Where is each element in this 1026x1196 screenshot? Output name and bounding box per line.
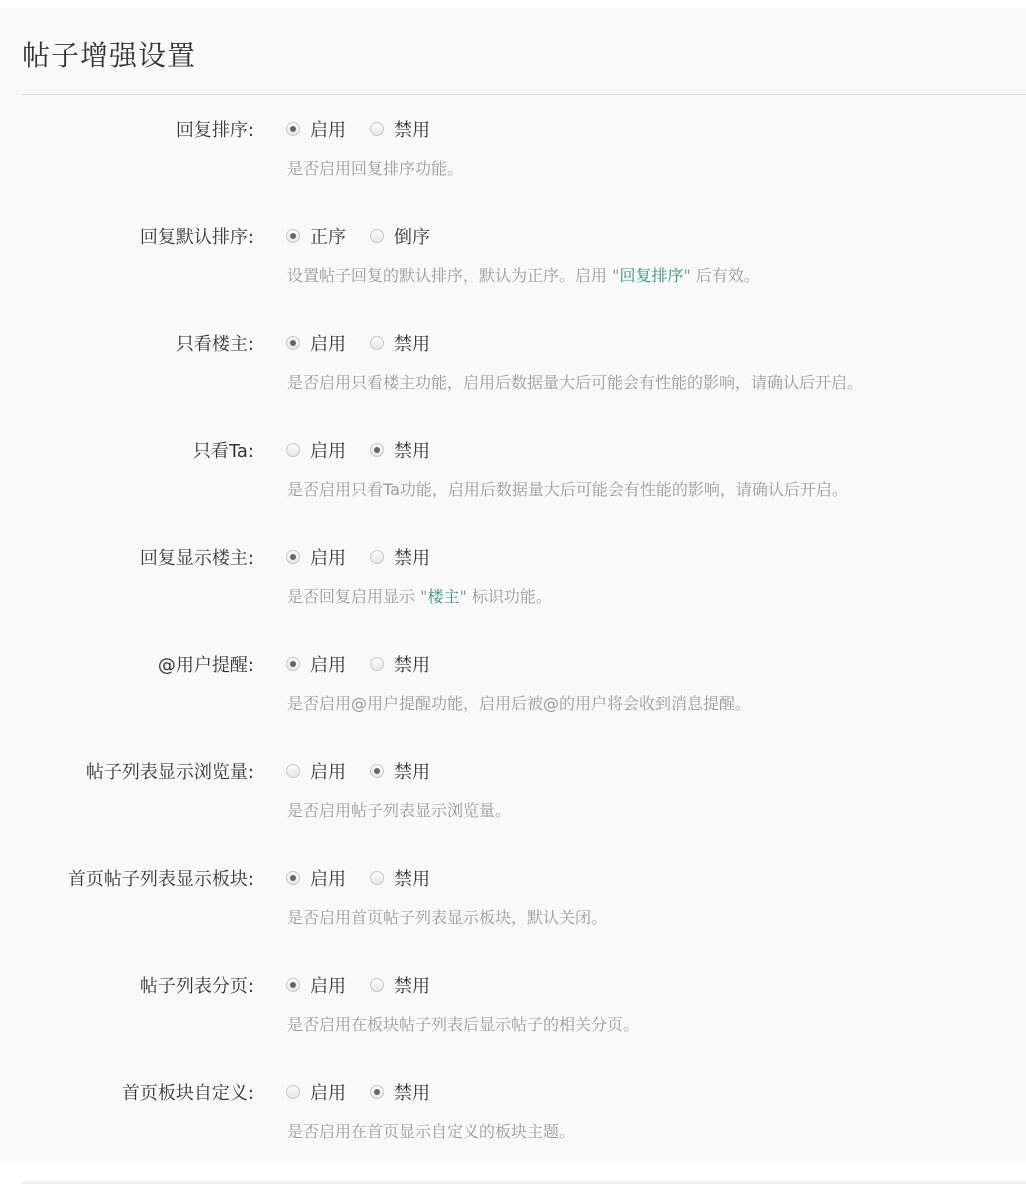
radio-checked-icon[interactable] — [286, 122, 300, 136]
radio-option-disable[interactable]: 禁用 — [370, 545, 430, 573]
setting-row-reply-default-sort: 回复默认排序: 正序 倒序 设置帖子回复的默认排序，默认为正序。启用 "回复排序… — [0, 224, 1026, 331]
radio-unchecked-icon[interactable] — [370, 550, 384, 564]
radio-option-disable[interactable]: 禁用 — [370, 866, 430, 894]
radio-unchecked-icon[interactable] — [286, 1085, 300, 1099]
radio-checked-icon[interactable] — [370, 443, 384, 457]
radio-option-disable[interactable]: 禁用 — [370, 331, 430, 359]
radio-unchecked-icon[interactable] — [370, 978, 384, 992]
radio-option-enable[interactable]: 启用 — [286, 438, 346, 466]
radio-option-enable[interactable]: 启用 — [286, 545, 346, 573]
help-text: 是否启用只看Ta功能，启用后数据量大后可能会有性能的影响，请确认后开启。 — [287, 478, 848, 502]
setting-label: @用户提醒: — [158, 652, 254, 680]
option-label: 禁用 — [394, 1080, 430, 1108]
setting-row-list-view-count: 帖子列表显示浏览量: 启用 禁用 是否启用帖子列表显示浏览量。 — [0, 759, 1026, 866]
help-text: 是否启用回复排序功能。 — [287, 157, 463, 181]
radio-checked-icon[interactable] — [286, 978, 300, 992]
option-label: 禁用 — [394, 438, 430, 466]
setting-label: 只看Ta: — [193, 438, 254, 466]
option-label: 启用 — [310, 331, 346, 359]
help-text: 是否启用在板块帖子列表后显示帖子的相关分页。 — [287, 1013, 639, 1037]
radio-unchecked-icon[interactable] — [370, 229, 384, 243]
radio-unchecked-icon[interactable] — [370, 122, 384, 136]
radio-group: 启用 禁用 — [286, 545, 454, 573]
radio-option-enable[interactable]: 启用 — [286, 331, 346, 359]
setting-label: 回复排序: — [176, 117, 254, 145]
radio-group: 启用 禁用 — [286, 652, 454, 680]
option-label: 禁用 — [394, 117, 430, 145]
radio-group: 启用 禁用 — [286, 438, 454, 466]
help-text: 是否启用在首页显示自定义的板块主题。 — [287, 1120, 575, 1144]
setting-row-reply-sort: 回复排序: 启用 禁用 是否启用回复排序功能。 — [0, 117, 1026, 224]
help-text: 是否启用首页帖子列表显示板块，默认关闭。 — [287, 906, 607, 930]
radio-option-disable[interactable]: 禁用 — [370, 1080, 430, 1108]
option-label: 倒序 — [394, 224, 430, 252]
radio-unchecked-icon[interactable] — [370, 657, 384, 671]
option-label: 禁用 — [394, 331, 430, 359]
title-divider — [22, 94, 1026, 95]
radio-option-enable[interactable]: 启用 — [286, 759, 346, 787]
option-label: 启用 — [310, 117, 346, 145]
setting-row-reply-show-op: 回复显示楼主: 启用 禁用 是否回复启用显示 "楼主" 标识功能。 — [0, 545, 1026, 652]
option-label: 正序 — [310, 224, 346, 252]
radio-checked-icon[interactable] — [370, 764, 384, 778]
setting-label: 回复显示楼主: — [140, 545, 254, 573]
setting-row-mention-notify: @用户提醒: 启用 禁用 是否启用@用户提醒功能，启用后被@的用户将会收到消息提… — [0, 652, 1026, 759]
radio-option-enable[interactable]: 启用 — [286, 1080, 346, 1108]
radio-checked-icon[interactable] — [286, 871, 300, 885]
setting-row-home-forum-custom: 首页板块自定义: 启用 禁用 是否启用在首页显示自定义的板块主题。 — [0, 1080, 1026, 1187]
setting-row-only-op: 只看楼主: 启用 禁用 是否启用只看楼主功能，启用后数据量大后可能会有性能的影响… — [0, 331, 1026, 438]
help-link-reply-sort[interactable]: 回复排序 — [619, 266, 683, 285]
option-label: 禁用 — [394, 545, 430, 573]
radio-checked-icon[interactable] — [286, 550, 300, 564]
radio-option-enable[interactable]: 启用 — [286, 117, 346, 145]
settings-panel: 帖子增强设置 回复排序: 启用 禁用 是否启用回复排序功能。 回复默认排序: — [0, 8, 1026, 1161]
option-label: 启用 — [310, 438, 346, 466]
radio-unchecked-icon[interactable] — [370, 871, 384, 885]
option-label: 启用 — [310, 866, 346, 894]
help-text: 是否回复启用显示 "楼主" 标识功能。 — [287, 585, 552, 609]
radio-option-descending[interactable]: 倒序 — [370, 224, 430, 252]
radio-unchecked-icon[interactable] — [370, 336, 384, 350]
setting-label: 只看楼主: — [176, 331, 254, 359]
option-label: 启用 — [310, 1080, 346, 1108]
setting-label: 回复默认排序: — [140, 224, 254, 252]
option-label: 禁用 — [394, 759, 430, 787]
radio-option-disable[interactable]: 禁用 — [370, 117, 430, 145]
help-text: 是否启用只看楼主功能，启用后数据量大后可能会有性能的影响，请确认后开启。 — [287, 371, 863, 395]
option-label: 启用 — [310, 545, 346, 573]
help-text: 设置帖子回复的默认排序，默认为正序。启用 "回复排序" 后有效。 — [287, 264, 760, 288]
radio-group: 正序 倒序 — [286, 224, 454, 252]
radio-group: 启用 禁用 — [286, 866, 454, 894]
setting-row-list-pagination: 帖子列表分页: 启用 禁用 是否启用在板块帖子列表后显示帖子的相关分页。 — [0, 973, 1026, 1080]
radio-checked-icon[interactable] — [286, 657, 300, 671]
radio-group: 启用 禁用 — [286, 973, 454, 1001]
radio-option-disable[interactable]: 禁用 — [370, 759, 430, 787]
setting-label: 首页帖子列表显示板块: — [68, 866, 254, 894]
help-text: 是否启用帖子列表显示浏览量。 — [287, 799, 511, 823]
setting-label: 帖子列表显示浏览量: — [86, 759, 254, 787]
option-label: 禁用 — [394, 973, 430, 1001]
radio-option-enable[interactable]: 启用 — [286, 866, 346, 894]
radio-group: 启用 禁用 — [286, 759, 454, 787]
option-label: 禁用 — [394, 652, 430, 680]
help-text: 是否启用@用户提醒功能，启用后被@的用户将会收到消息提醒。 — [287, 692, 751, 716]
setting-row-only-ta: 只看Ta: 启用 禁用 是否启用只看Ta功能，启用后数据量大后可能会有性能的影响… — [0, 438, 1026, 545]
setting-label: 首页板块自定义: — [122, 1080, 254, 1108]
radio-option-enable[interactable]: 启用 — [286, 973, 346, 1001]
radio-group: 启用 禁用 — [286, 331, 454, 359]
bottom-divider — [22, 1181, 1026, 1184]
page-title: 帖子增强设置 — [22, 38, 196, 74]
radio-option-disable[interactable]: 禁用 — [370, 438, 430, 466]
radio-group: 启用 禁用 — [286, 1080, 454, 1108]
radio-option-ascending[interactable]: 正序 — [286, 224, 346, 252]
option-label: 启用 — [310, 973, 346, 1001]
radio-group: 启用 禁用 — [286, 117, 454, 145]
radio-checked-icon[interactable] — [286, 336, 300, 350]
radio-option-enable[interactable]: 启用 — [286, 652, 346, 680]
setting-label: 帖子列表分页: — [140, 973, 254, 1001]
option-label: 禁用 — [394, 866, 430, 894]
radio-unchecked-icon[interactable] — [286, 443, 300, 457]
radio-unchecked-icon[interactable] — [286, 764, 300, 778]
radio-option-disable[interactable]: 禁用 — [370, 652, 430, 680]
radio-option-disable[interactable]: 禁用 — [370, 973, 430, 1001]
radio-checked-icon[interactable] — [370, 1085, 384, 1099]
radio-checked-icon[interactable] — [286, 229, 300, 243]
option-label: 启用 — [310, 759, 346, 787]
setting-row-home-list-forum: 首页帖子列表显示板块: 启用 禁用 是否启用首页帖子列表显示板块，默认关闭。 — [0, 866, 1026, 973]
help-link-op[interactable]: 楼主 — [427, 587, 459, 606]
option-label: 启用 — [310, 652, 346, 680]
